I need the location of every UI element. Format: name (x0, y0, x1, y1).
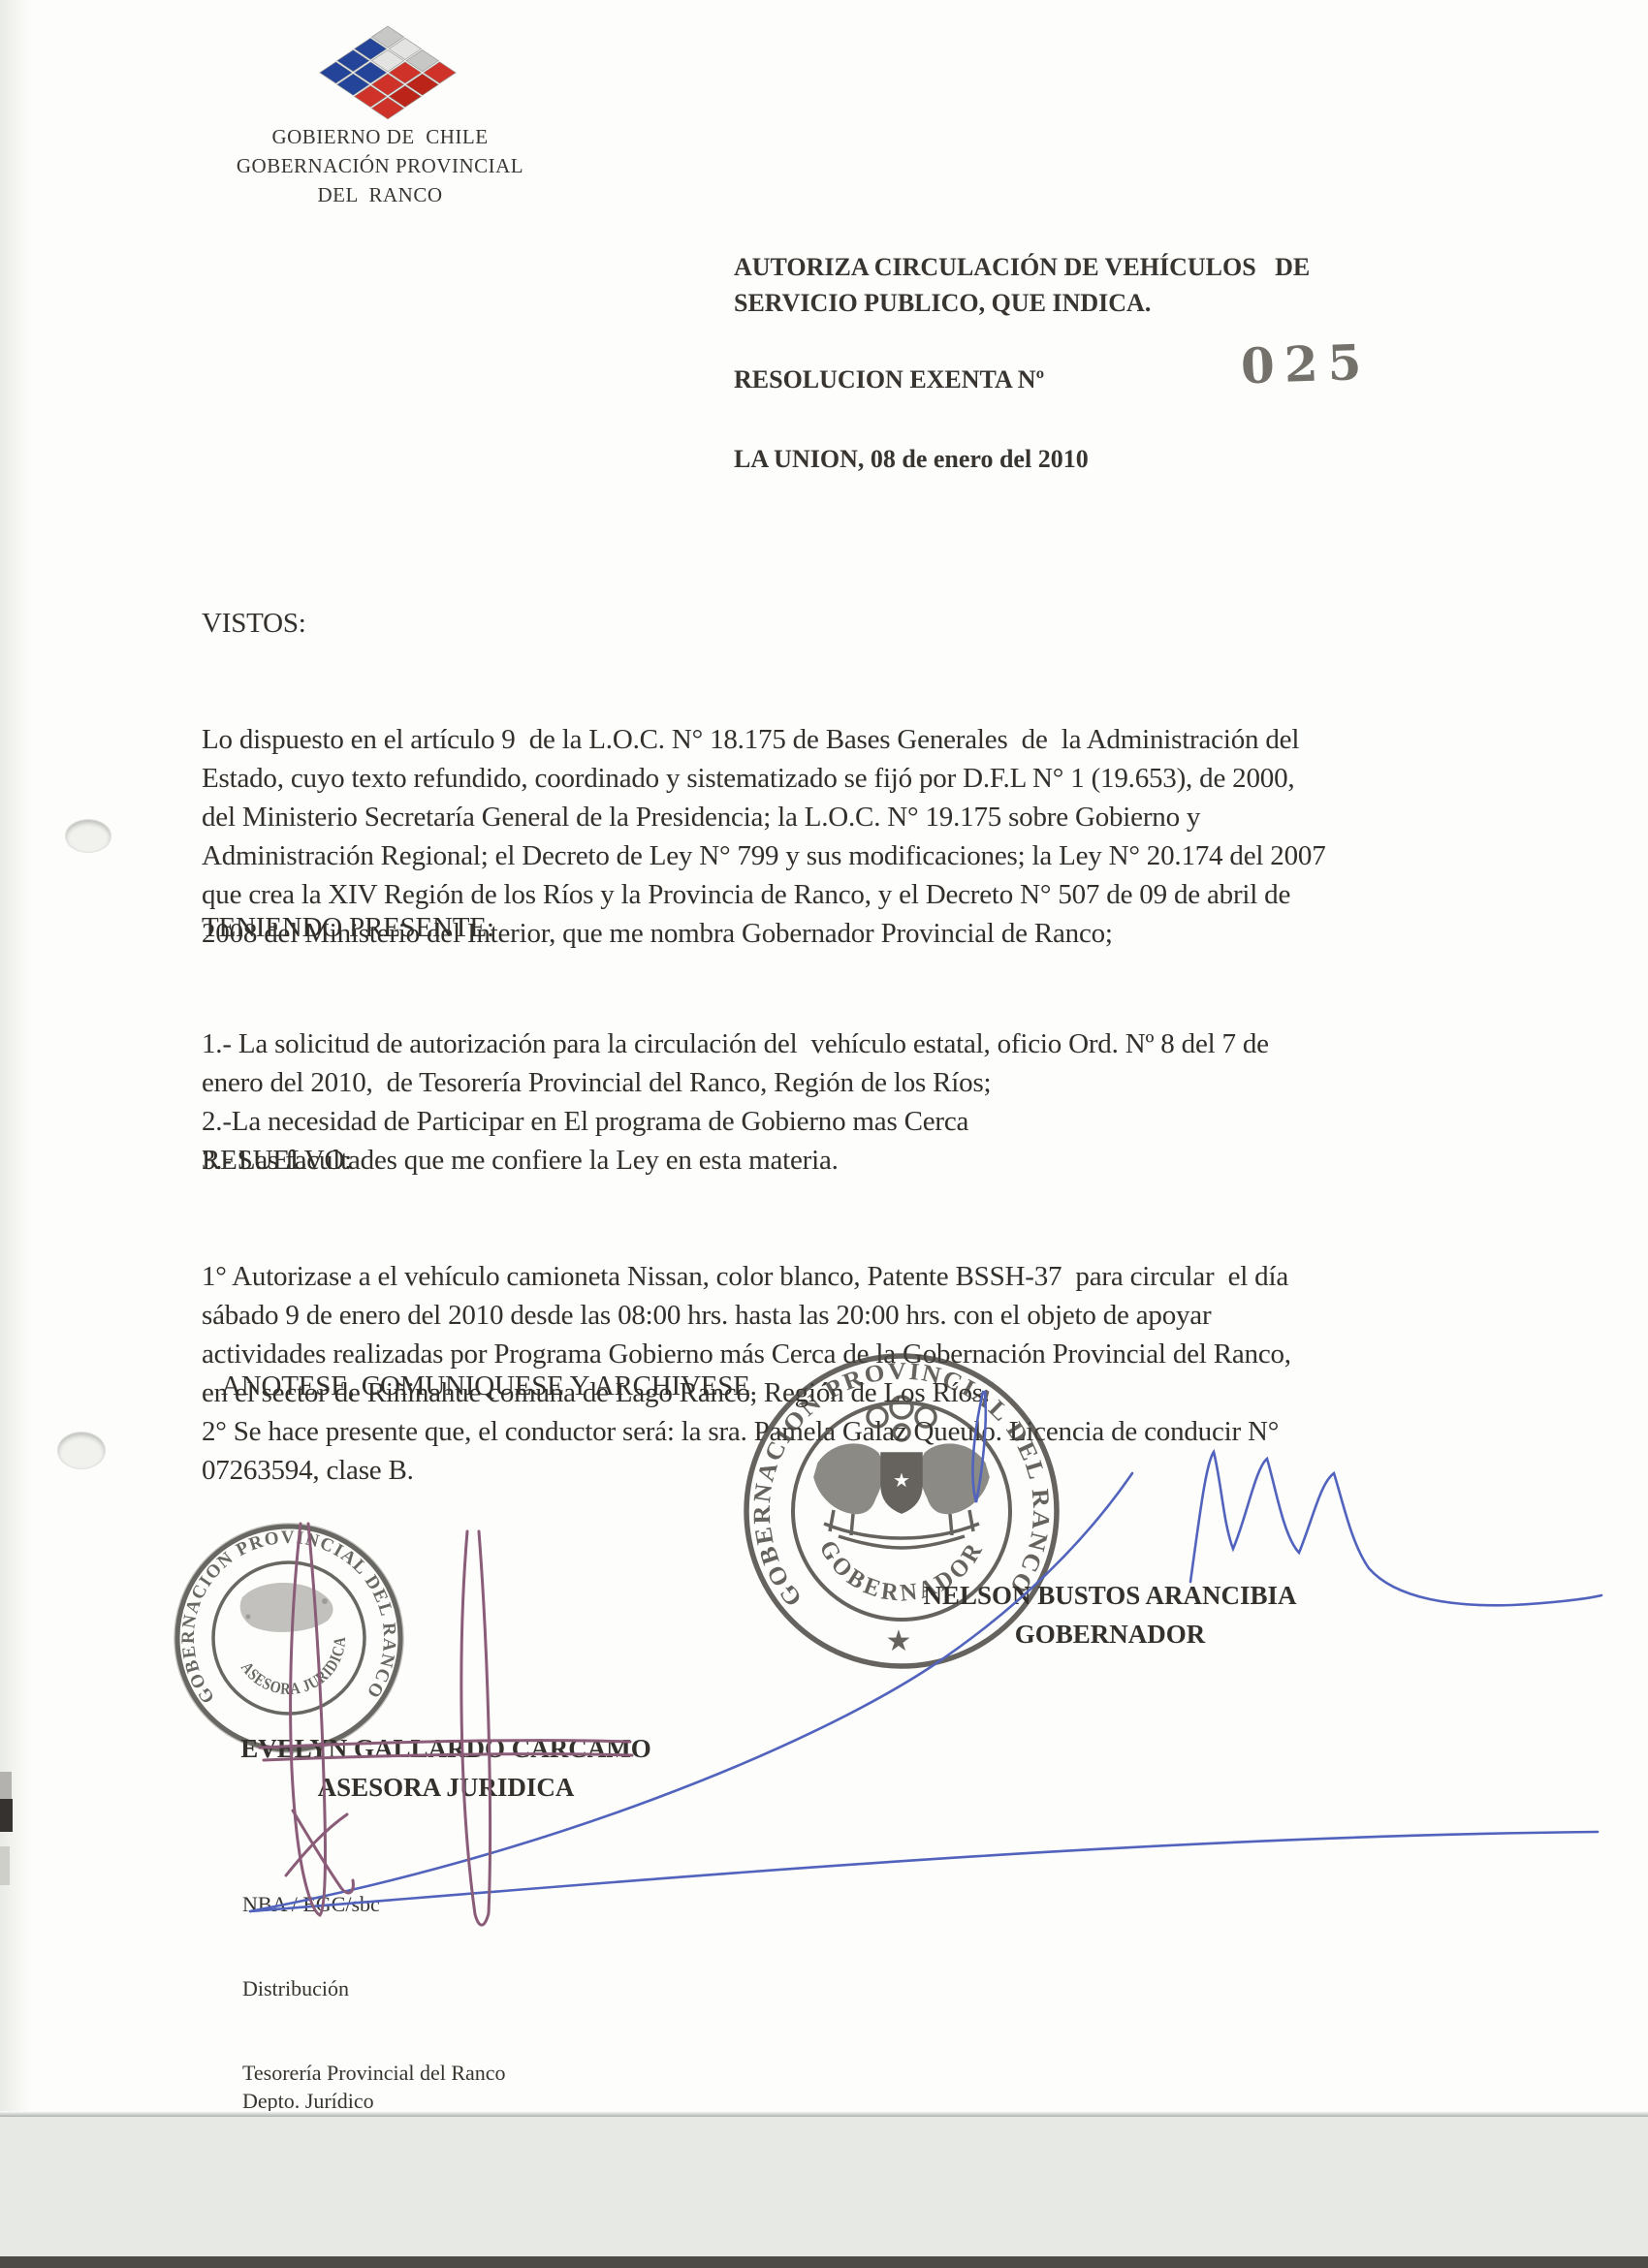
governor-name: NELSON BUSTOS ARANCIBIA (902, 1576, 1318, 1615)
gobierno-de-chile-logo (287, 16, 489, 130)
advisor-name: EVELYN GALLARDO CARCAMO (238, 1729, 654, 1768)
advisor-title: ASESORA JURIDICA (238, 1768, 654, 1807)
advisor-signature-block: EVELYN GALLARDO CARCAMO ASESORA JURIDICA (238, 1729, 654, 1807)
scan-bottom-strip (0, 2256, 1648, 2268)
subject-title: AUTORIZA CIRCULACIÓN DE VEHÍCULOS DE SER… (734, 249, 1432, 321)
agency-name: GOBIERNO DE CHILE GOBERNACIÓN PROVINCIAL… (235, 122, 525, 209)
drafting-initials: NBA / EGC/sbc (242, 1890, 506, 1918)
vistos-heading: VISTOS: (202, 604, 1530, 643)
governor-signature-block: NELSON BUSTOS ARANCIBIA GOBERNADOR (902, 1576, 1318, 1654)
dateline: LA UNION, 08 de enero del 2010 (734, 445, 1089, 474)
resuelvo-heading: RESUELVO: (202, 1141, 1530, 1180)
closing-formula: ANOTESE, COMUNIQUESE Y ARCHIVESE. (221, 1370, 757, 1402)
resuelvo-section: RESUELVO: 1° Autorizase a el vehículo ca… (202, 1063, 1530, 1567)
teniendo-heading: TENIENDO PRESENTE: (202, 908, 1530, 947)
scanned-document-page: GOBIERNO DE CHILE GOBERNACIÓN PROVINCIAL… (0, 0, 1648, 2268)
scanner-background (0, 2117, 1648, 2268)
scan-edge-artifact (0, 1772, 12, 1799)
governor-title: GOBERNADOR (902, 1615, 1318, 1654)
punch-hole-top (66, 820, 111, 852)
scan-edge-artifact (0, 1799, 13, 1832)
resolution-label: RESOLUCION EXENTA Nº (734, 365, 1044, 394)
distribution-label: Distribución (242, 1974, 506, 2002)
punch-hole-bottom (58, 1433, 105, 1468)
resolution-number-stamp: 025 (1240, 333, 1372, 395)
scan-edge-artifact (0, 1846, 10, 1885)
